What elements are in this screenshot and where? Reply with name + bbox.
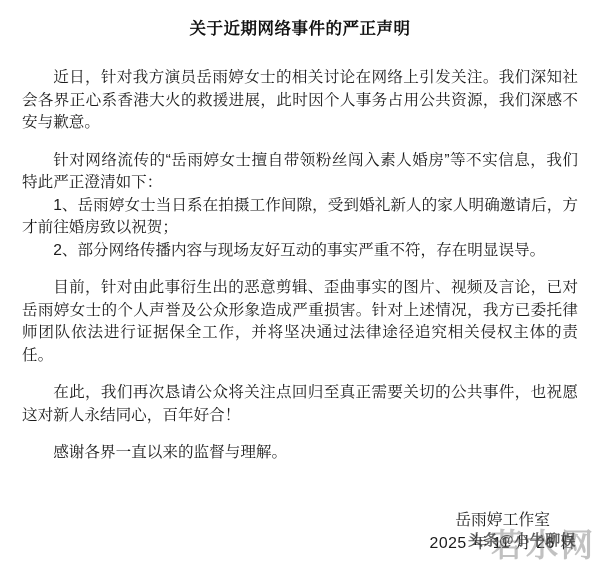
- paragraph-thanks: 感谢各界一直以来的监督与理解。: [22, 442, 578, 465]
- watermark-front-text: 头条@小牛聊娱: [468, 529, 576, 550]
- statement-document: 关于近期网络事件的严正声明 近日，针对我方演员岳雨婷女士的相关讨论在网络上引发关…: [0, 0, 600, 563]
- paragraph-appeal: 在此，我们再次恳请公众将关注点回归至真正需要关切的公共事件，也祝愿这对新人永结同…: [22, 382, 578, 427]
- paragraph-clarification-item-2: 2、部分网络传播内容与现场友好互动的事实严重不符，存在明显误导。: [22, 240, 578, 263]
- paragraph-clarification-intro: 针对网络流传的“岳雨婷女士擅自带领粉丝闯入素人婚房”等不实信息，我们特此严正澄清…: [22, 150, 578, 195]
- statement-title: 关于近期网络事件的严正声明: [22, 17, 578, 41]
- paragraph-clarification-item-1: 1、岳雨婷女士当日系在拍摄工作间隙，受到婚礼新人的家人明确邀请后，方才前往婚房致…: [22, 195, 578, 240]
- statement-body: 近日，针对我方演员岳雨婷女士的相关讨论在网络上引发关注。我们深知社会各界正心系香…: [22, 67, 578, 555]
- paragraph-legal-action: 目前，针对由此事衍生出的恶意剪辑、歪曲事实的图片、视频及言论，已对岳雨婷女士的个…: [22, 277, 578, 367]
- paragraph-opening: 近日，针对我方演员岳雨婷女士的相关讨论在网络上引发关注。我们深知社会各界正心系香…: [22, 67, 578, 135]
